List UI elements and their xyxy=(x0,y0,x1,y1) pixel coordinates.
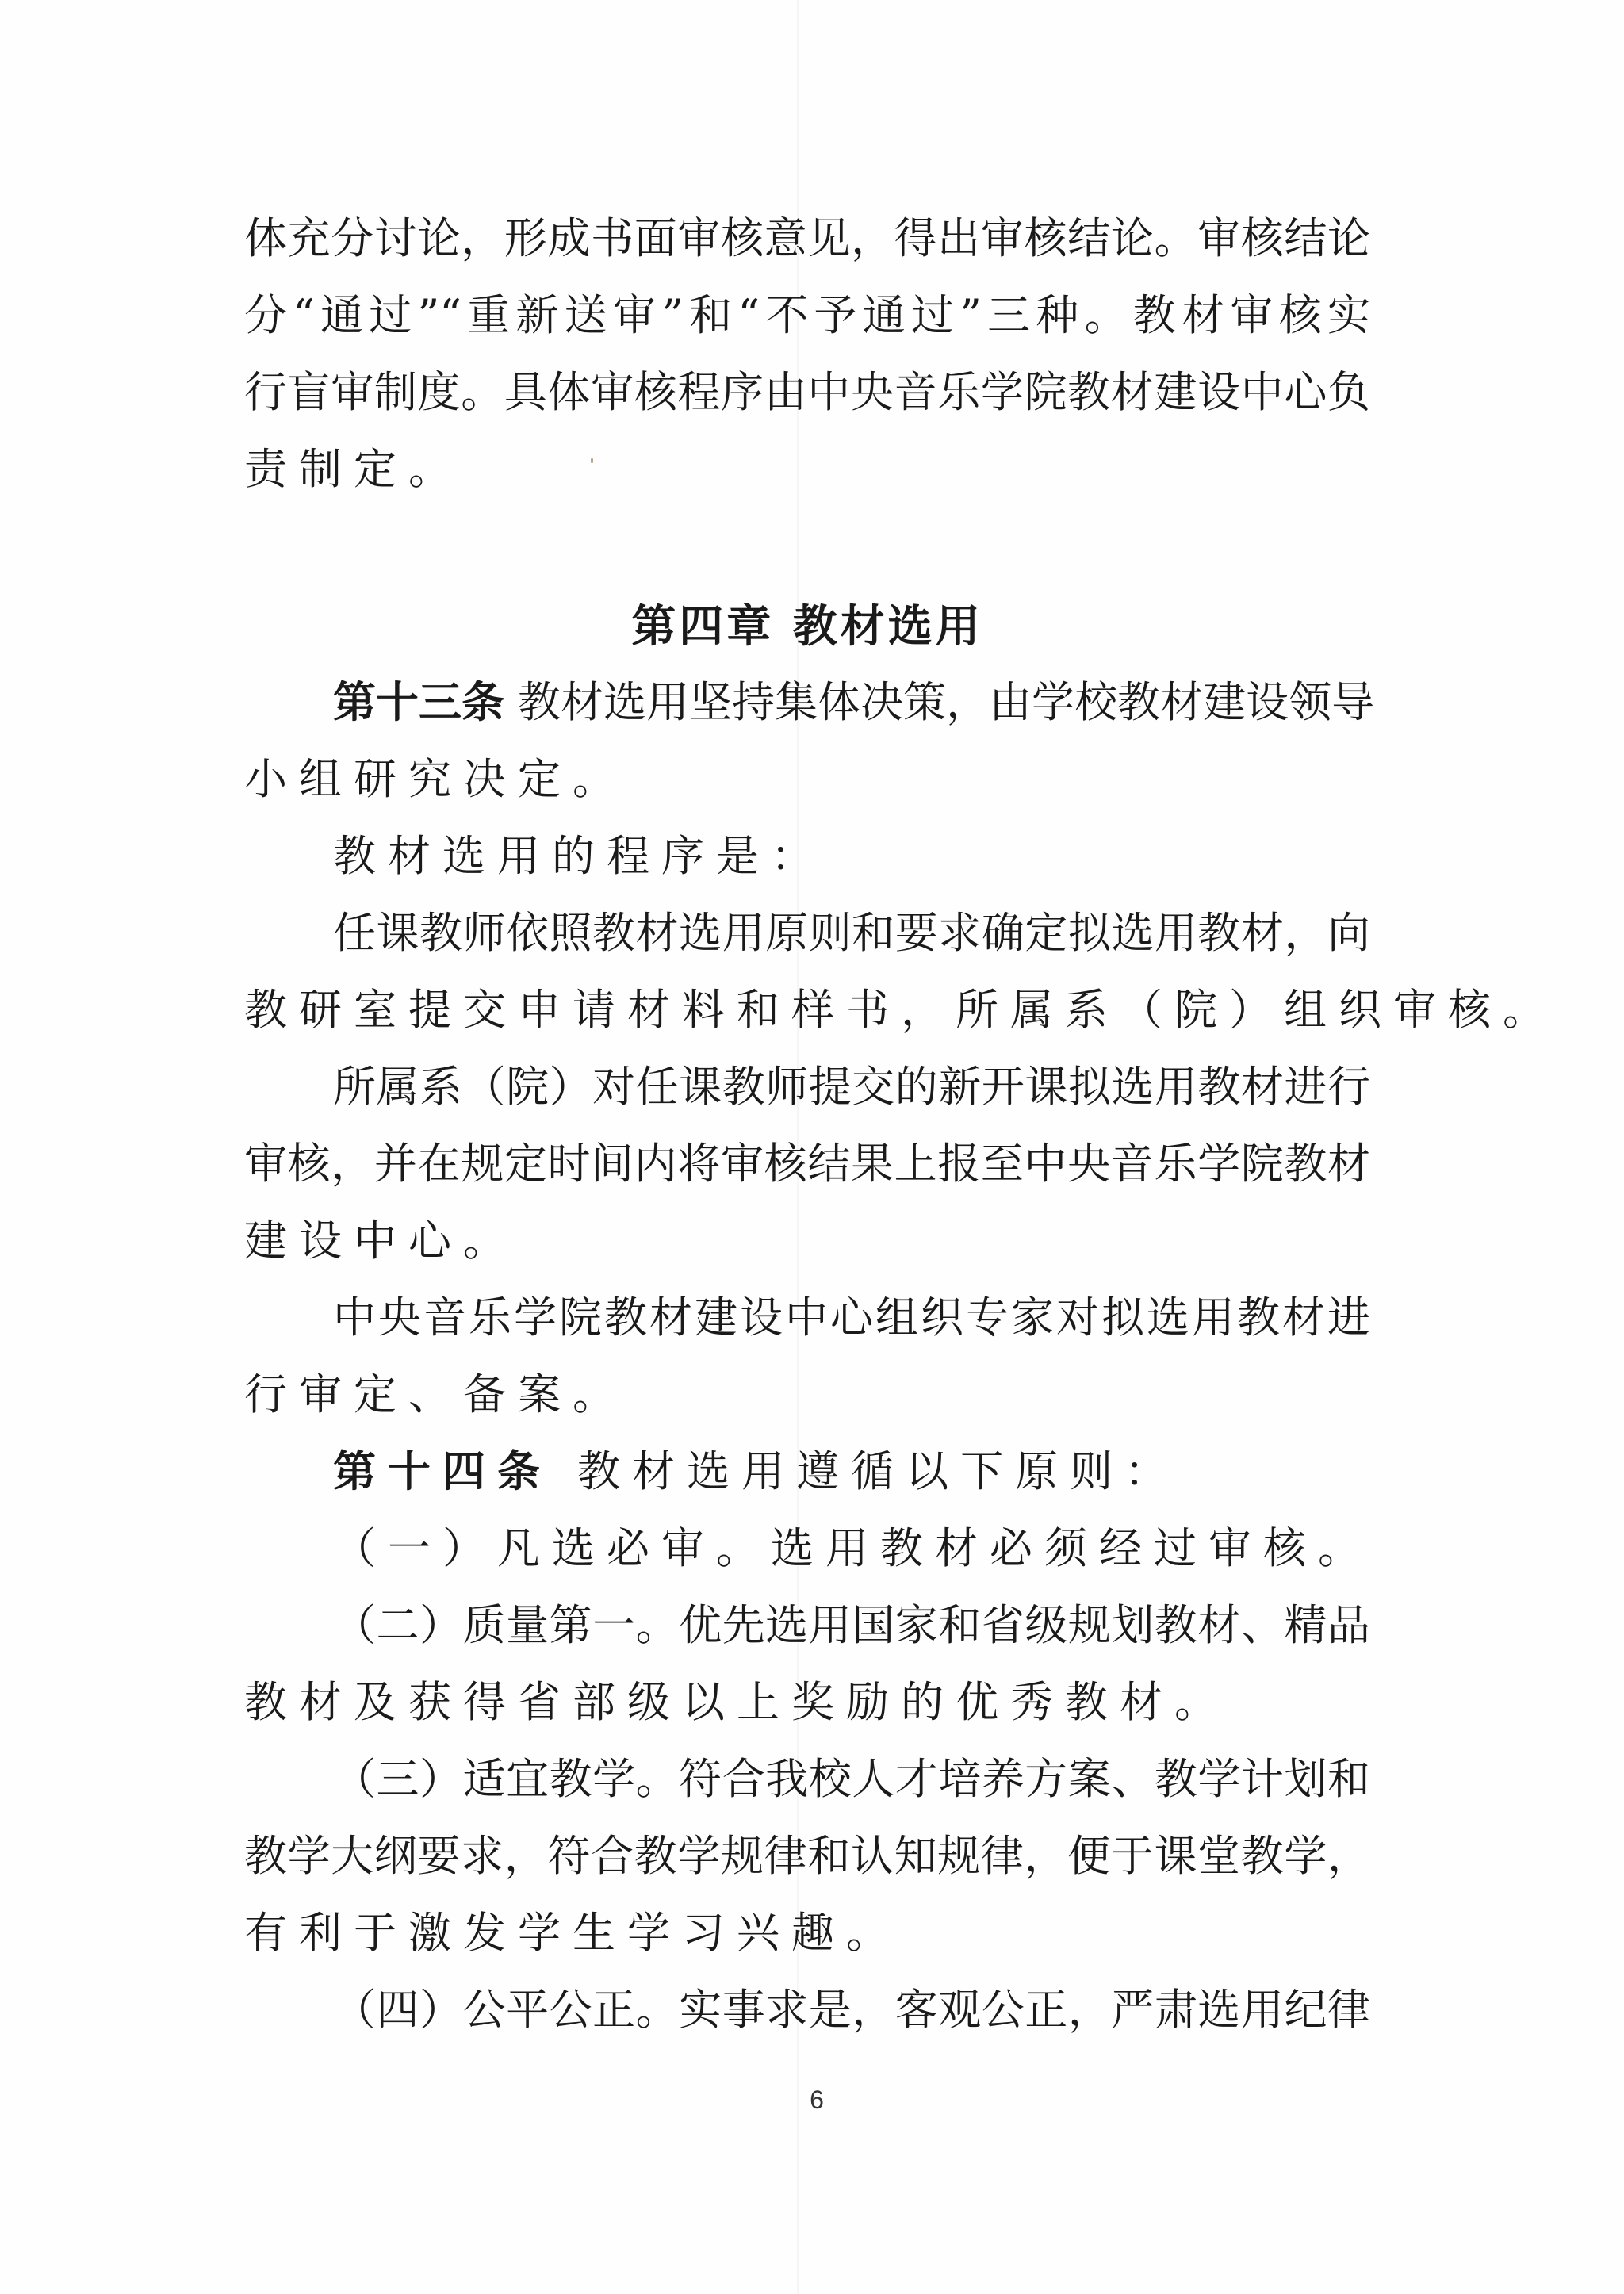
principle-2-line: 教材及获得省部级以上奖励的优秀教材。 xyxy=(244,1664,1229,1741)
article-14-line: 第十四条 教材选用遵循以下原则： xyxy=(244,1433,1179,1510)
article-13-label: 第十三条 xyxy=(333,677,504,727)
paragraph-line: 责制定。 xyxy=(244,431,463,507)
principle-3-line: （三）适宜教学。符合我校人才培养方案、教学计划和 xyxy=(244,1741,1370,1817)
paragraph-line: 体充分讨论，形成书面审核意见，得出审核结论。审核结论 xyxy=(244,200,1370,277)
procedure-step-line: 行审定、备案。 xyxy=(244,1356,627,1433)
article-13-line: 小组研究决定。 xyxy=(244,741,627,818)
paragraph-line: 分“通过”“重新送审”和“不予通过”三种。教材审核实 xyxy=(244,277,1370,354)
principle-4-line: （四）公平公正。实事求是，客观公正，严肃选用纪律 xyxy=(244,1971,1370,2048)
document-page: 体充分讨论，形成书面审核意见，得出审核结论。审核结论 分“通过”“重新送审”和“… xyxy=(0,0,1624,2294)
procedure-step-line: 所属系（院）对任课教师提交的新开课拟选用教材进行 xyxy=(244,1048,1370,1125)
principle-2-line: （二）质量第一。优先选用国家和省级规划教材、精品 xyxy=(244,1587,1370,1664)
paragraph-line: 行盲审制度。具体审核程序由中央音乐学院教材建设中心负 xyxy=(244,354,1370,431)
procedure-step-line: 中央音乐学院教材建设中心组织专家对拟选用教材进 xyxy=(244,1279,1370,1356)
article-14-label: 第十四条 xyxy=(333,1446,552,1496)
procedure-intro: 教材选用的程序是： xyxy=(244,818,825,894)
page-number: 6 xyxy=(793,2085,841,2115)
article-13-line: 第十三条 教材选用坚持集体决策，由学校教材建设领导 xyxy=(244,664,1370,741)
procedure-step-line: 建设中心。 xyxy=(244,1202,518,1279)
scan-speck xyxy=(591,458,593,463)
principle-3-line: 教学大纲要求，符合教学规律和认知规律，便于课堂教学， xyxy=(244,1817,1370,1894)
chapter-heading: 第四章 教材选用 xyxy=(244,588,1370,665)
article-14-text: 教材选用遵循以下原则： xyxy=(552,1446,1179,1496)
procedure-step-line: 审核，并在规定时间内将审核结果上报至中央音乐学院教材 xyxy=(244,1125,1370,1202)
procedure-step-line: 教研室提交申请材料和样书，所属系（院）组织审核。 xyxy=(244,971,1557,1048)
article-13-text: 教材选用坚持集体决策，由学校教材建设领导 xyxy=(504,677,1374,727)
principle-3-line: 有利于激发学生学习兴趣。 xyxy=(244,1894,901,1971)
procedure-step-line: 任课教师依照教材选用原则和要求确定拟选用教材，向 xyxy=(244,894,1370,971)
principle-1-line: （一）凡选必审。选用教材必须经过审核。 xyxy=(244,1510,1373,1587)
